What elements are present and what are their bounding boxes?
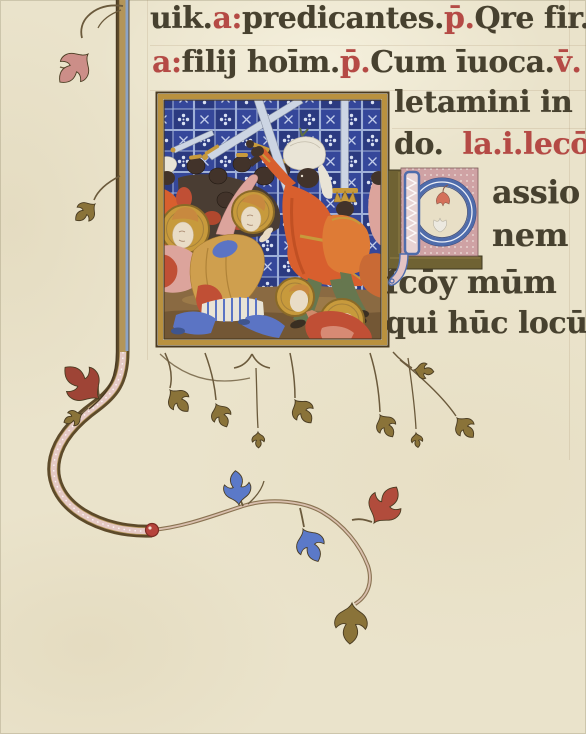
text-run: Cum īuoca. [370,48,554,78]
ivy-leaf [53,354,112,413]
vine-node-highlight [148,526,151,529]
illuminated-initial-p [386,166,490,306]
rubric-run: a: [152,48,182,78]
ivy-leaf [61,407,86,430]
text-line: nem [492,219,568,251]
ruling-line [147,0,148,360]
rubric-run: p̄. [444,4,474,34]
ivy-leaf [334,602,369,645]
text-line: qui hūc locū [385,309,586,339]
ivy-leaf [449,412,480,444]
text-run: uik. [150,4,212,34]
text-run: letamini in [394,85,572,120]
rubric-run: v̄. [555,48,582,78]
ivy-leaf [162,383,197,419]
manuscript-page: uik. a: predicantes. p̄. Qre fir. a: fil… [0,0,586,734]
ivy-leaf [360,478,411,532]
ivy-leaf [290,523,331,567]
text-line: a: filij hoīm. p̄. Cum īuoca. v̄. [152,48,564,78]
text-run: do. [394,127,443,162]
rubric-run: p̄. [340,48,370,78]
text-line: assio [492,176,580,208]
ivy-leaf [49,43,99,93]
ivy-leaf [286,394,320,429]
text-line: do. la.i.lecō· [394,130,586,160]
rubric-run: la.i.lecō· [462,127,586,162]
ivy-leaf [207,400,236,431]
text-line: letamini in [394,88,572,118]
text-run: predicantes. [242,4,444,34]
miniature-painting [152,88,393,352]
text-run: nem [492,216,568,254]
ivy-leaf [413,362,434,379]
ivy-leaf [252,432,265,448]
ivy-leaf [410,432,423,448]
vine-node [146,524,159,537]
ivy-leaf [371,410,401,442]
text-run: filij hoīm. [182,48,340,78]
text-run: qui hūc locū [385,306,586,341]
gold-crown [334,191,356,202]
rubric-run: a: [212,4,242,34]
text-run: assio [492,173,580,211]
ivy-leaf [69,196,101,227]
text-line: uik. a: predicantes. p̄. Qre fir. [150,4,583,34]
ivy-leaf [222,469,253,506]
border-bar [54,0,152,531]
text-run: Qre fir. [474,4,586,34]
miniature-scene [152,95,391,343]
